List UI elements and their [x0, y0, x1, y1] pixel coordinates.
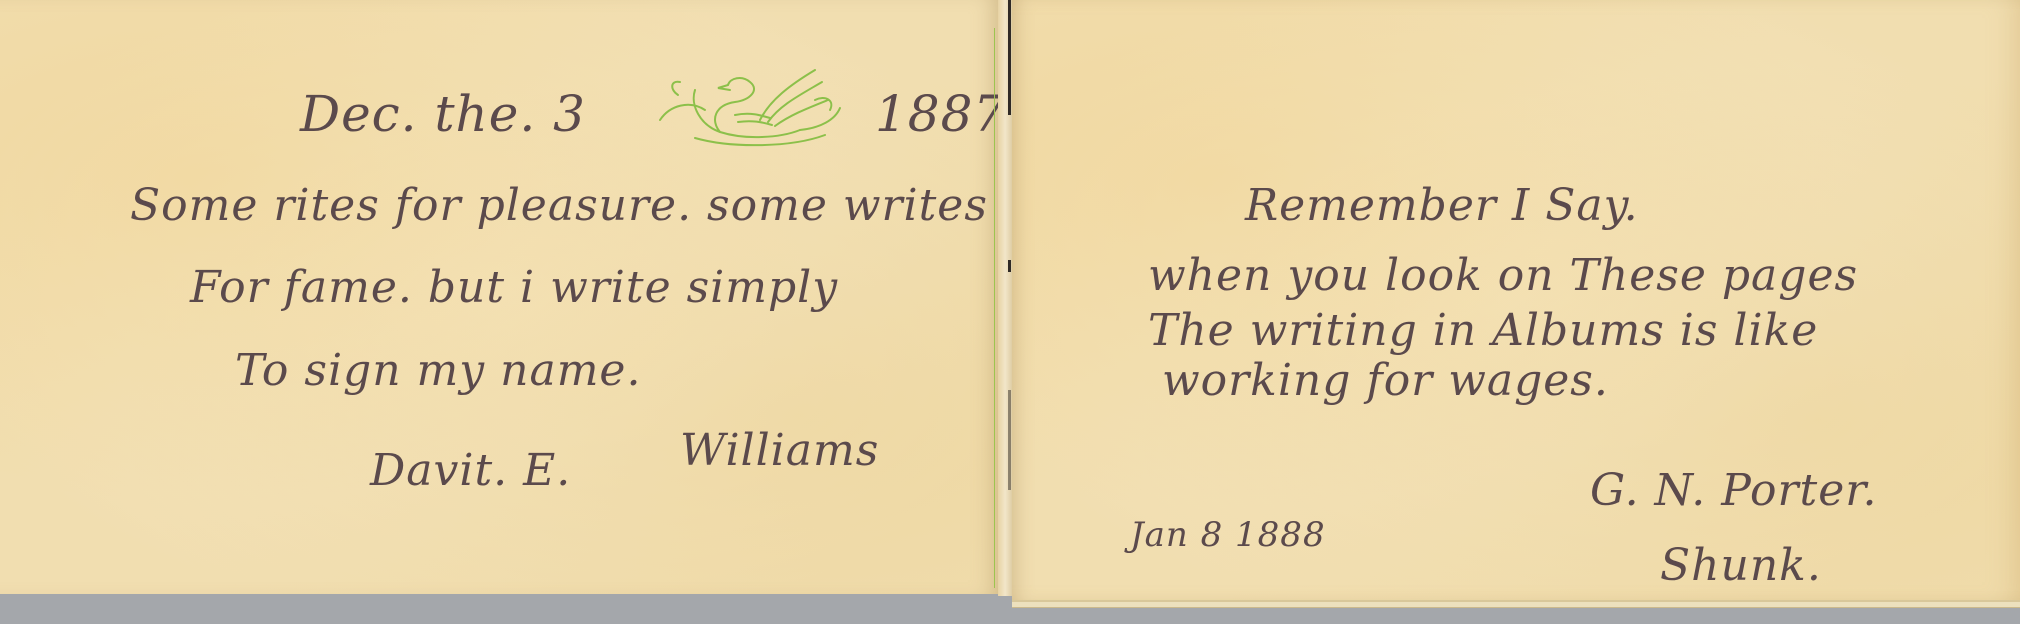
left-verse-line-2: For fame. but i write simply: [190, 262, 838, 313]
right-signature-place: Shunk.: [1660, 540, 1822, 591]
left-signature-first: Davit. E.: [370, 445, 571, 496]
binding-stitch: [1008, 260, 1011, 272]
right-verse-line-1: when you look on These pages: [1148, 250, 1858, 301]
right-date: Jan 8 1888: [1130, 515, 1326, 555]
left-page: Dec. the. 3 1887. Some rites for pleasur…: [0, 0, 1000, 594]
album-spread: Dec. the. 3 1887. Some rites for pleasur…: [0, 0, 2020, 624]
right-page: Remember I Say. when you look on These p…: [1012, 0, 2020, 603]
left-verse-line-1: Some rites for pleasure. some writes: [130, 180, 988, 231]
binding-thread-lower: [1008, 390, 1011, 490]
right-heading: Remember I Say.: [1245, 180, 1639, 231]
left-verse-line-3: To sign my name.: [235, 345, 641, 396]
swan-ornament-icon: [650, 60, 850, 150]
left-date-day: Dec. the. 3: [300, 85, 586, 143]
page-margin-rule: [994, 28, 995, 588]
left-signature-last: Williams: [680, 425, 879, 476]
right-verse-line-3: working for wages.: [1162, 355, 1609, 406]
right-verse-line-2: The writing in Albums is like: [1148, 305, 1818, 356]
binding-thread: [1008, 0, 1011, 115]
right-signature-name: G. N. Porter.: [1590, 465, 1877, 516]
